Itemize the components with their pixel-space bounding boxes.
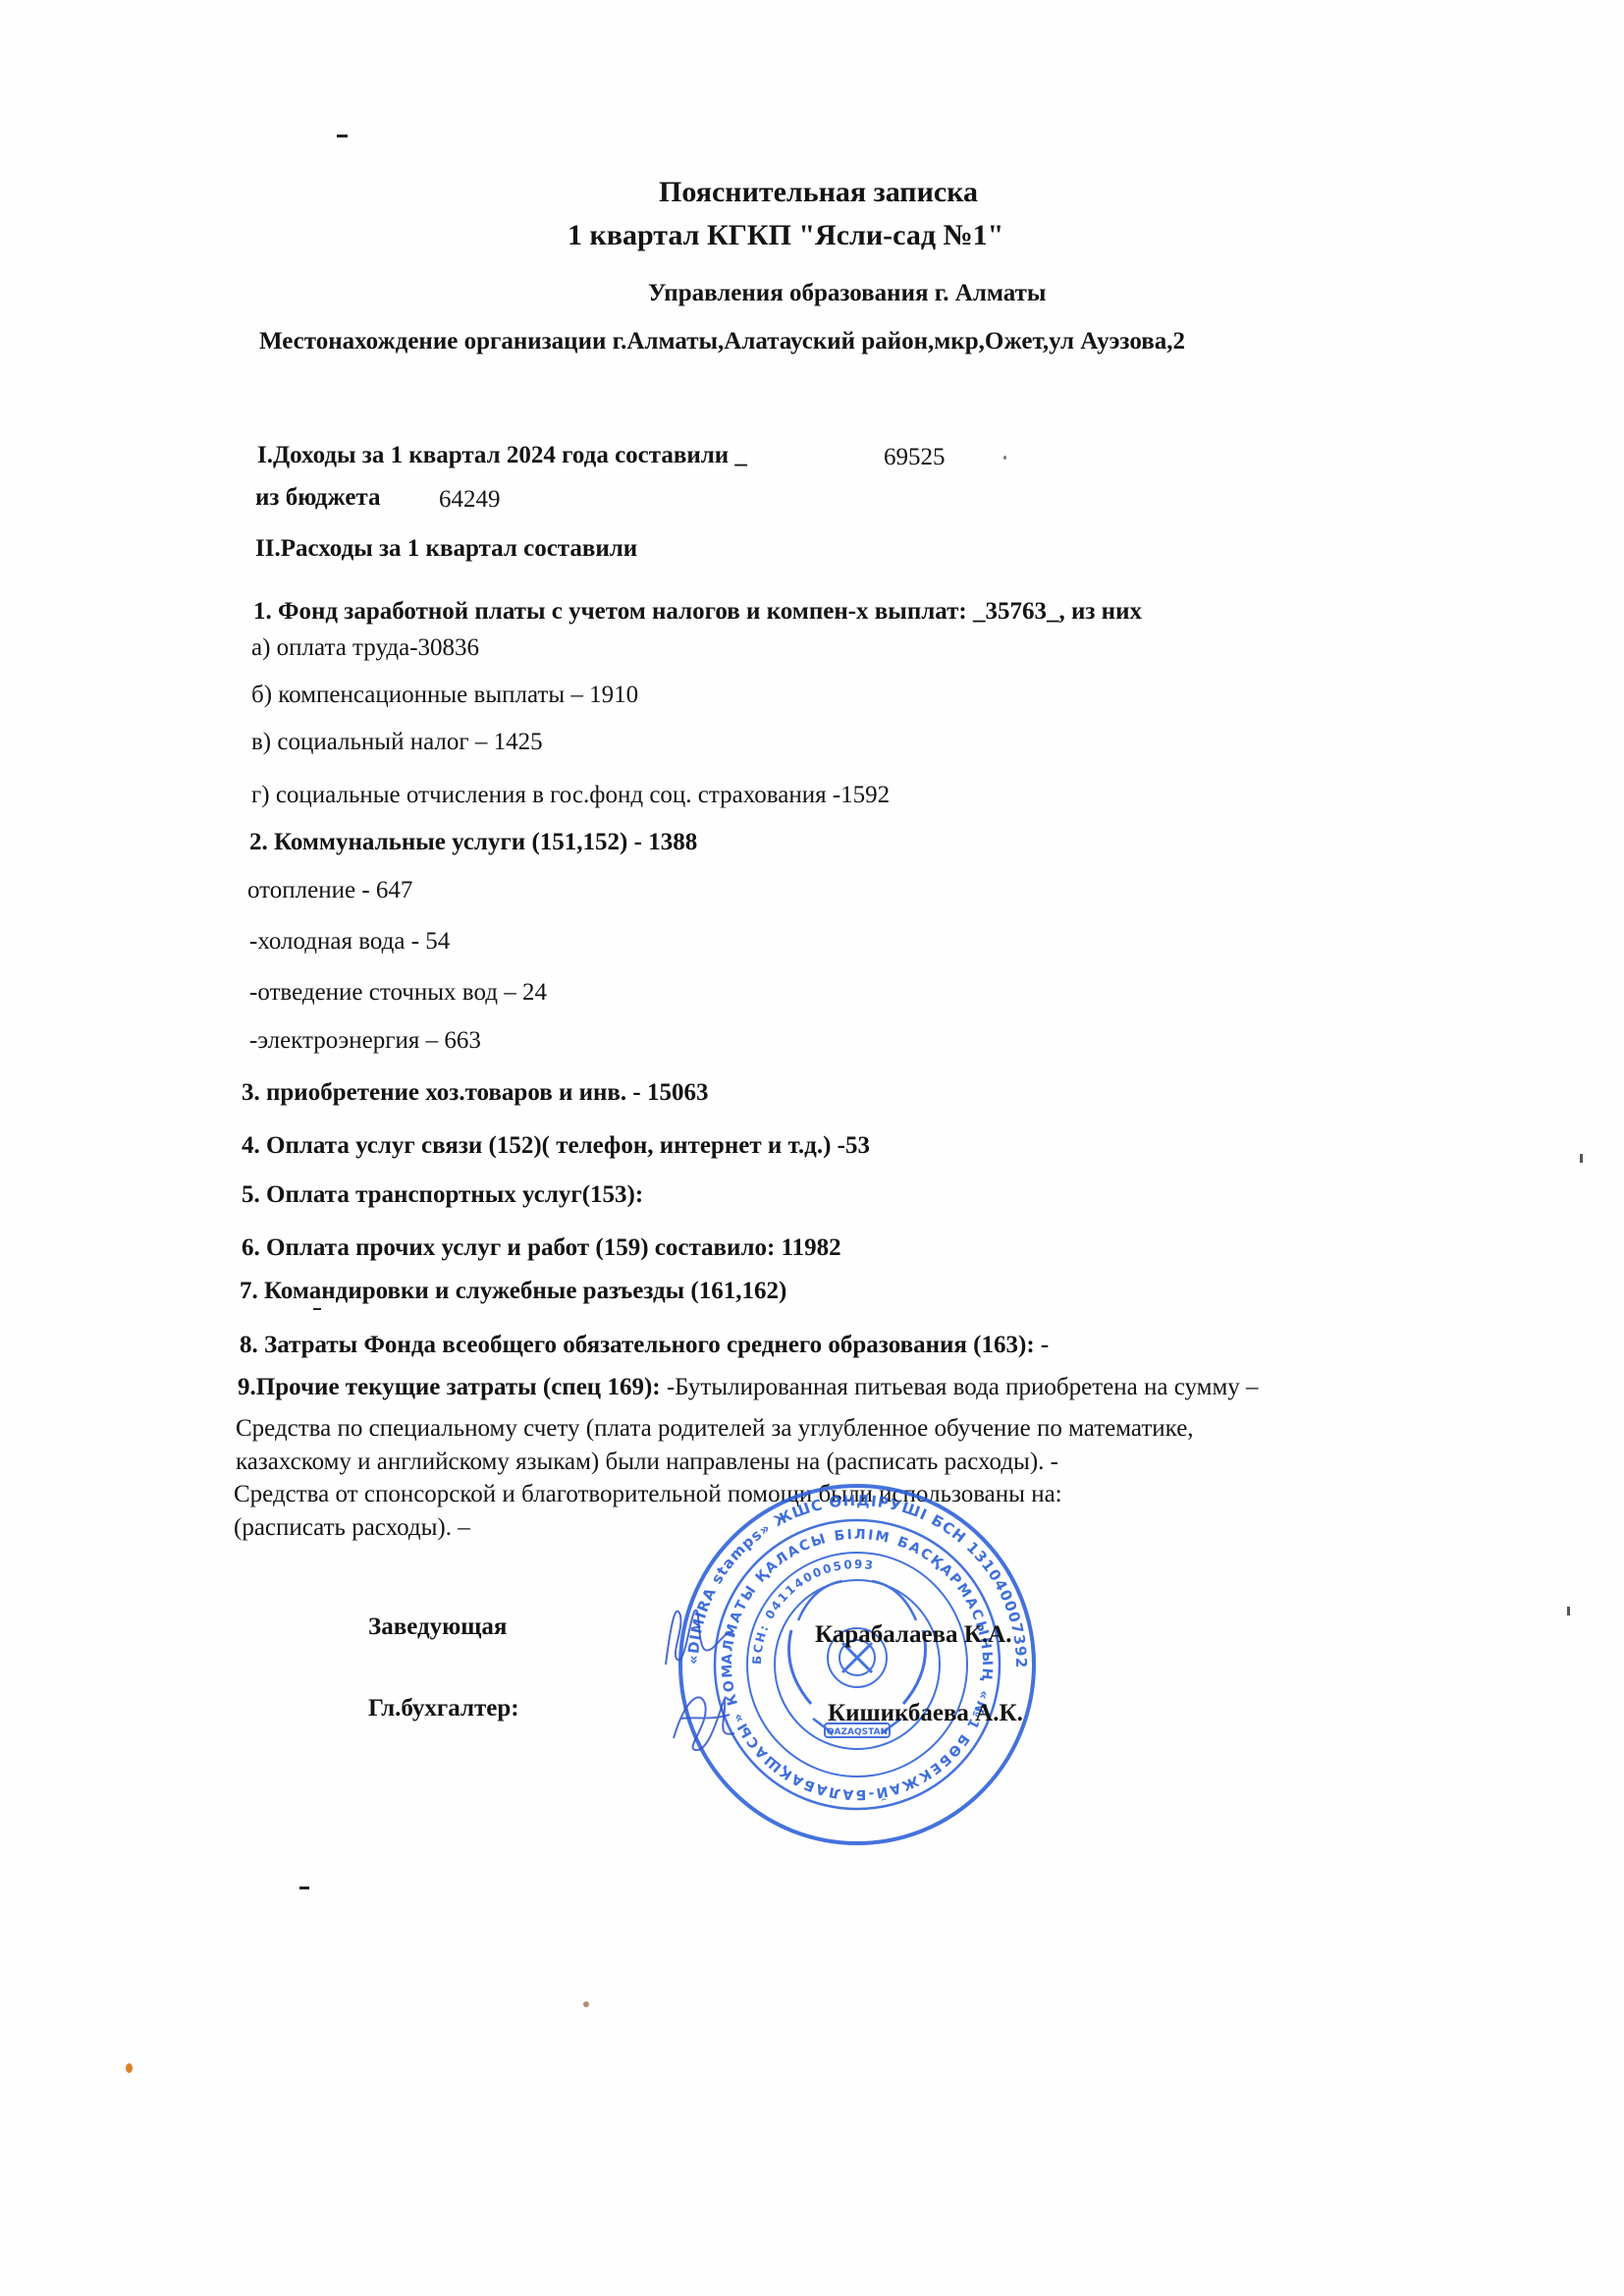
scan-mark (1580, 1154, 1583, 1163)
expense-item-household-goods: 3. приобретение хоз.товаров и инв. - 150… (242, 1078, 709, 1108)
expense-item-electricity: -электроэнергия – 663 (249, 1026, 481, 1056)
expense-item-compensation: б) компенсационные выплаты – 1910 (251, 681, 638, 710)
other-current-label: 9.Прочие текущие затраты (спец 169): (238, 1374, 661, 1400)
income-label: I.Доходы за 1 квартал 2024 года составил… (257, 441, 747, 470)
expenses-heading: II.Расходы за 1 квартал составили (255, 534, 637, 564)
expense-item-sewage: -отведение сточных вод – 24 (249, 978, 547, 1008)
accountant-signature (666, 1679, 744, 1758)
expense-item-social-tax: в) социальный налог – 1425 (251, 728, 543, 757)
document-subtitle: 1 квартал КГКП "Ясли-сад №1" (568, 218, 1003, 253)
expense-item-business-trips: 7. Командировки и служебные разъезды (16… (240, 1277, 786, 1306)
scan-mark (1567, 1607, 1570, 1615)
expense-item-other-current: 9.Прочие текущие затраты (спец 169): -Бу… (238, 1373, 1259, 1402)
expense-item-other-services: 6. Оплата прочих услуг и работ (159) сос… (242, 1233, 841, 1263)
other-current-text: -Бутылированная питьевая вода приобретен… (661, 1374, 1259, 1400)
scan-speck (126, 2063, 133, 2073)
scan-mark (299, 1886, 309, 1889)
head-signature (656, 1596, 744, 1674)
expense-item-utilities: 2. Коммунальные услуги (151,152) - 1388 (249, 828, 697, 857)
document-page: Пояснительная записка 1 квартал КГКП "Яс… (0, 0, 1624, 2296)
expense-item-communications: 4. Оплата услуг связи (152)( телефон, ин… (242, 1131, 870, 1161)
special-account-line-2: казахскому и английскому языкам) были на… (236, 1448, 1058, 1477)
organization-location: Местонахождение организации г.Алматы,Ала… (259, 327, 1185, 356)
accountant-name: Кишикбаева А.К. (828, 1699, 1023, 1728)
department-name: Управления образования г. Алматы (648, 279, 1046, 308)
expense-item-education-fund: 8. Затраты Фонда всеобщего обязательного… (240, 1331, 1049, 1360)
sponsor-line-2: (расписать расходы). – (234, 1513, 470, 1543)
stamp-center-text: QAZAQSTAN (827, 1727, 888, 1737)
expense-item-transport: 5. Оплата транспортных услуг(153): (242, 1180, 643, 1210)
expense-item-cold-water: -холодная вода - 54 (249, 927, 450, 957)
budget-value: 64249 (439, 485, 501, 515)
expense-item-social-contributions: г) социальные отчисления в гос.фонд соц.… (251, 781, 890, 810)
head-role: Заведующая (368, 1613, 507, 1642)
scan-mark (337, 135, 348, 137)
expense-item-wages: а) оплата труда-30836 (251, 633, 479, 663)
budget-label: из бюджета (255, 483, 381, 513)
accountant-role: Гл.бухгалтер: (368, 1694, 519, 1723)
expense-item-payroll: 1. Фонд заработной платы с учетом налого… (253, 597, 1142, 627)
expense-item-heating: отопление - 647 (247, 876, 412, 905)
special-account-line-1: Средства по специальному счету (плата ро… (236, 1414, 1194, 1444)
scan-speck (583, 2001, 589, 2007)
scan-speck (1003, 456, 1006, 460)
scan-mark (313, 1308, 321, 1310)
income-total: 69525 (884, 443, 946, 472)
document-title: Пояснительная записка (659, 175, 978, 210)
head-name: Карабалаева К.А. (815, 1620, 1011, 1650)
